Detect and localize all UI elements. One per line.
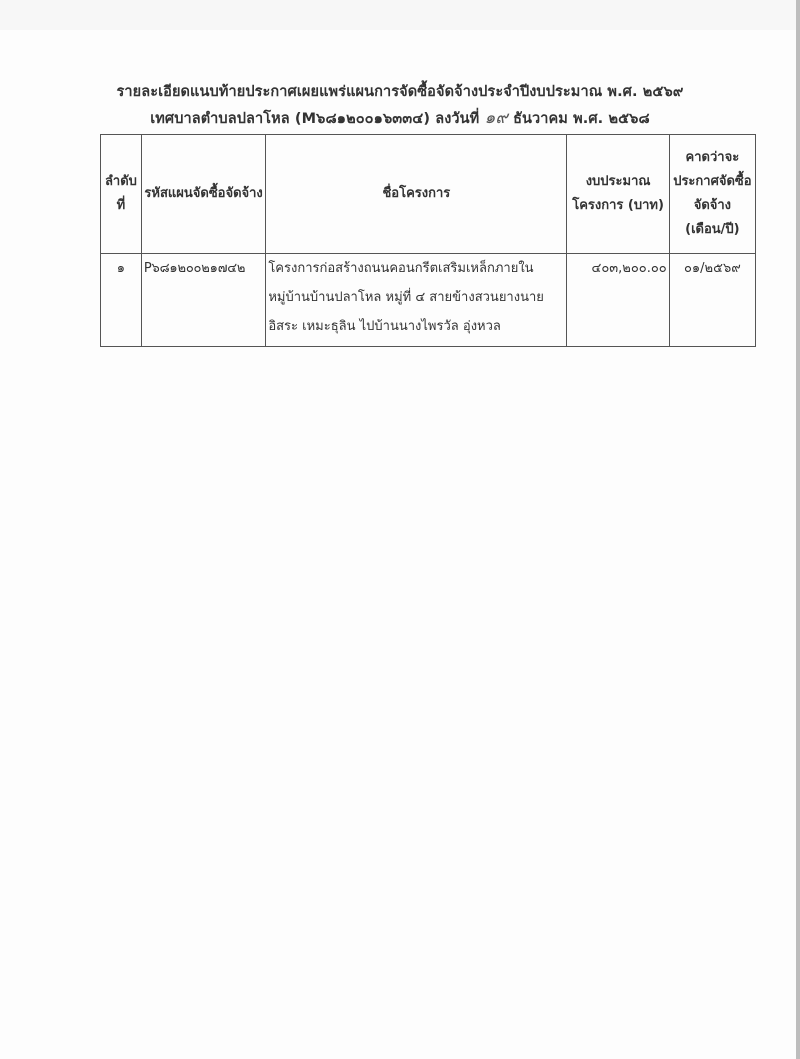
cell-budget: ๔๐๓,๒๐๐.๐๐	[567, 254, 669, 347]
table-row: ๑ P๖๘๑๒๐๐๒๑๗๔๒ โครงการก่อสร้างถนนคอนกรีต…	[101, 254, 756, 347]
subtitle-prefix: เทศบาลตำบลปลาโหล (M๖๘๑๒๐๐๑๖๓๓๔) ลงวันที่	[150, 111, 479, 127]
procurement-plan-table: ลำดับที่ รหัสแผนจัดซื้อจัดจ้าง ชื่อโครงก…	[100, 134, 756, 347]
scan-top-strip	[0, 0, 796, 30]
table-header-row: ลำดับที่ รหัสแผนจัดซื้อจัดจ้าง ชื่อโครงก…	[101, 135, 756, 254]
header-announce-month: คาดว่าจะประกาศจัดซื้อจัดจ้าง (เดือน/ปี)	[669, 135, 755, 254]
header-project-name: ชื่อโครงการ	[266, 135, 567, 254]
cell-no: ๑	[101, 254, 142, 347]
header-plan-code: รหัสแผนจัดซื้อจัดจ้าง	[141, 135, 265, 254]
handwritten-day: ๑๙	[484, 108, 507, 128]
header-budget: งบประมาณโครงการ (บาท)	[567, 135, 669, 254]
document-title: รายละเอียดแนบท้ายประกาศเผยแพร่แผนการจัดซ…	[0, 80, 800, 103]
document-subtitle: เทศบาลตำบลปลาโหล (M๖๘๑๒๐๐๑๖๓๓๔) ลงวันที่…	[0, 104, 800, 131]
subtitle-suffix: ธันวาคม พ.ศ. ๒๕๖๘	[513, 111, 650, 127]
cell-plan-code: P๖๘๑๒๐๐๒๑๗๔๒	[141, 254, 265, 347]
cell-announce-month: ๐๑/๒๕๖๙	[669, 254, 755, 347]
page-edge	[796, 0, 800, 1059]
header-no: ลำดับที่	[101, 135, 142, 254]
cell-project-name: โครงการก่อสร้างถนนคอนกรีตเสริมเหล็กภายใน…	[266, 254, 567, 347]
